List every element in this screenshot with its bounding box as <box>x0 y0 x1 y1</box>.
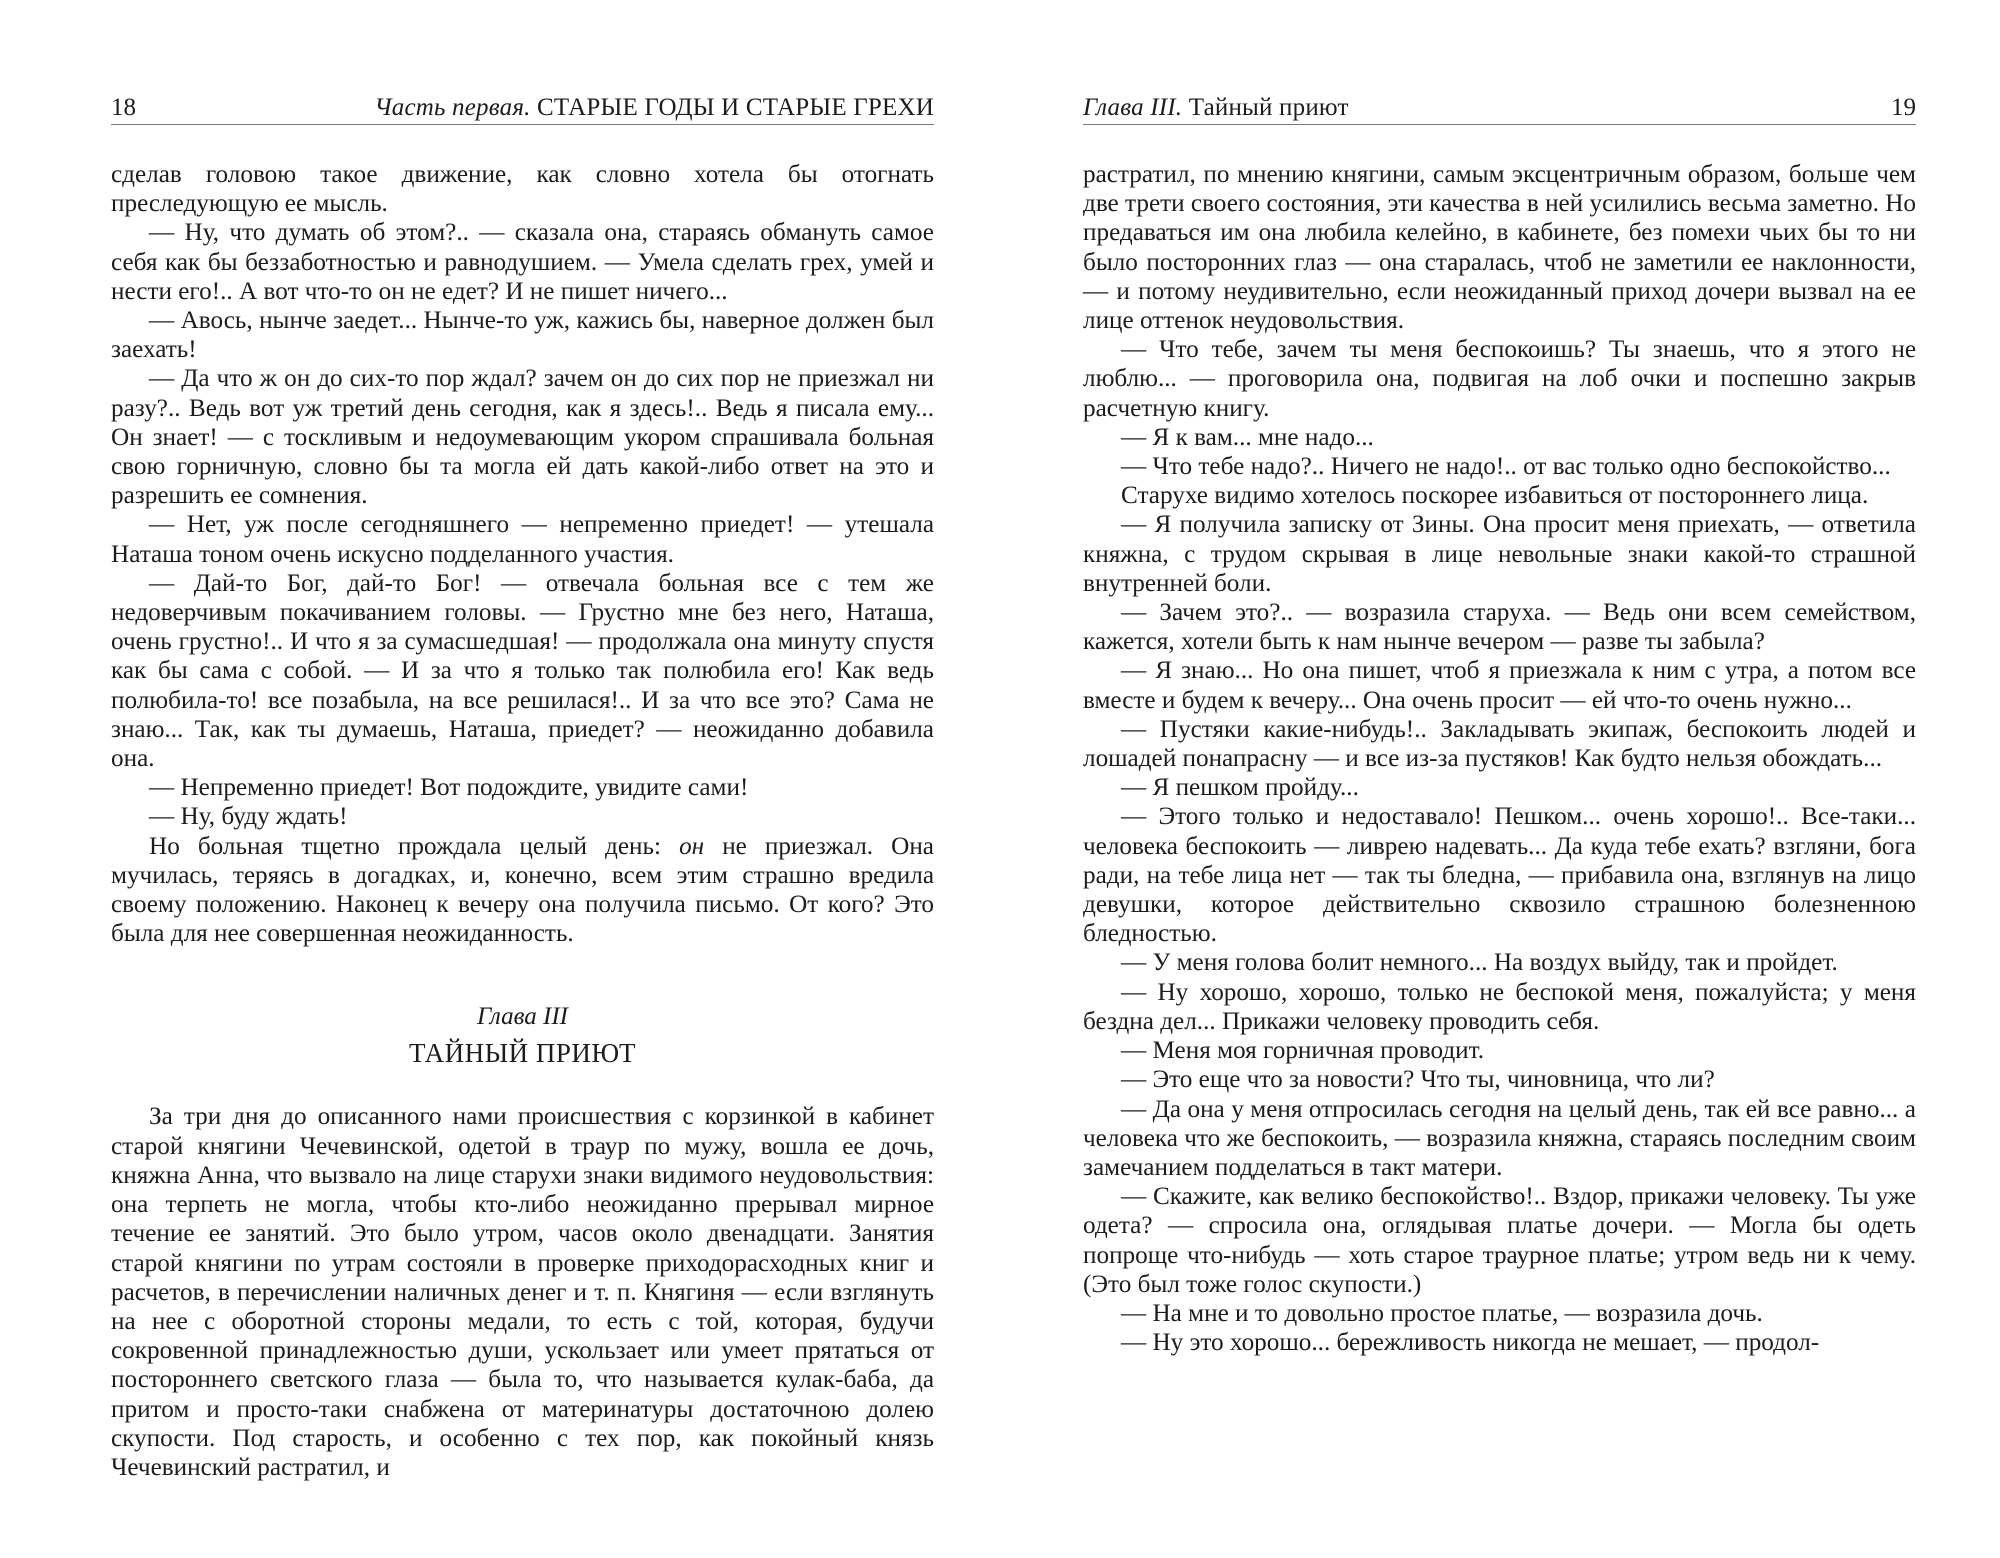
running-head-rest: СТАРЫЕ ГОДЫ И СТАРЫЕ ГРЕХИ <box>537 94 934 121</box>
chapter-heading: Глава III ТАЙНЫЙ ПРИЮТ <box>111 1002 934 1070</box>
paragraph: сделав головою такое движение, как словн… <box>111 160 934 218</box>
paragraph: — Ну, что думать об этом?.. — сказала он… <box>111 218 934 306</box>
running-head-italic: Глава III. <box>1083 94 1182 121</box>
paragraph: Старухе видимо хотелось поскорее избавит… <box>1083 481 1916 510</box>
paragraph: — Нет, уж после сегодняшнего — непременн… <box>111 510 934 568</box>
paragraph: — У меня голова болит немного... На возд… <box>1083 948 1916 977</box>
page-number: 18 <box>111 92 136 124</box>
running-head-right: Глава III. Тайный приют 19 <box>1083 92 1916 125</box>
paragraph: — Пустяки какие-нибудь!.. Закладывать эк… <box>1083 715 1916 773</box>
right-page-body: растратил, по мнению княгини, самым эксц… <box>1083 160 1916 1357</box>
paragraph: — Авось, нынче заедет... Нынче-то уж, ка… <box>111 306 934 364</box>
paragraph: Но больная тщетно прождала целый день: о… <box>111 832 934 949</box>
running-head-rest: Тайный приют <box>1189 94 1349 121</box>
running-head-italic: Часть первая. <box>374 94 530 121</box>
paragraph: — Что тебе, зачем ты меня беспокоишь? Ты… <box>1083 335 1916 423</box>
text-run: Но больная тщетно прождала целый день: <box>149 833 679 860</box>
paragraph: — Меня моя горничная проводит. <box>1083 1036 1916 1065</box>
paragraph: — Зачем это?.. — возразила старуха. — Ве… <box>1083 598 1916 656</box>
paragraph: — Я знаю... Но она пишет, чтоб я приезжа… <box>1083 656 1916 714</box>
paragraph: За три дня до описанного нами происшеств… <box>111 1102 934 1482</box>
paragraph: — Ну хорошо, хорошо, только не беспокой … <box>1083 978 1916 1036</box>
paragraph: — Дай-то Бог, дай-то Бог! — отвечала бол… <box>111 569 934 773</box>
paragraph: — Я пешком пройду... <box>1083 773 1916 802</box>
running-head-left: 18 Часть первая. СТАРЫЕ ГОДЫ И СТАРЫЕ ГР… <box>111 92 934 125</box>
page-number: 19 <box>1891 92 1916 124</box>
paragraph: — Этого только и недоставало! Пешком... … <box>1083 802 1916 948</box>
chapter-title: ТАЙНЫЙ ПРИЮТ <box>111 1036 934 1070</box>
paragraph: растратил, по мнению княгини, самым эксц… <box>1083 160 1916 335</box>
paragraph: — Да что ж он до сих-то пор ждал? зачем … <box>111 364 934 510</box>
chapter-number: Глава III <box>111 1002 934 1032</box>
running-head-title: Глава III. Тайный приют <box>1083 92 1349 124</box>
running-head-title: Часть первая. СТАРЫЕ ГОДЫ И СТАРЫЕ ГРЕХИ <box>374 92 934 124</box>
paragraph: — Ну, буду ждать! <box>111 802 934 831</box>
paragraph: — Что тебе надо?.. Ничего не надо!.. от … <box>1083 452 1916 481</box>
emphasis: он <box>679 833 704 860</box>
paragraph: — Я к вам... мне надо... <box>1083 423 1916 452</box>
paragraph: — Это еще что за новости? Что ты, чиновн… <box>1083 1065 1916 1094</box>
left-page-body: сделав головою такое движение, как словн… <box>111 160 934 1482</box>
paragraph: — Ну это хорошо... бережливость никогда … <box>1083 1328 1916 1357</box>
paragraph: — Я получила записку от Зины. Она просит… <box>1083 510 1916 598</box>
paragraph: — Скажите, как велико беспокойство!.. Вз… <box>1083 1182 1916 1299</box>
paragraph: — Непременно приедет! Вот подождите, уви… <box>111 773 934 802</box>
paragraph: — На мне и то довольно простое платье, —… <box>1083 1299 1916 1328</box>
paragraph: — Да она у меня отпросилась сегодня на ц… <box>1083 1095 1916 1183</box>
